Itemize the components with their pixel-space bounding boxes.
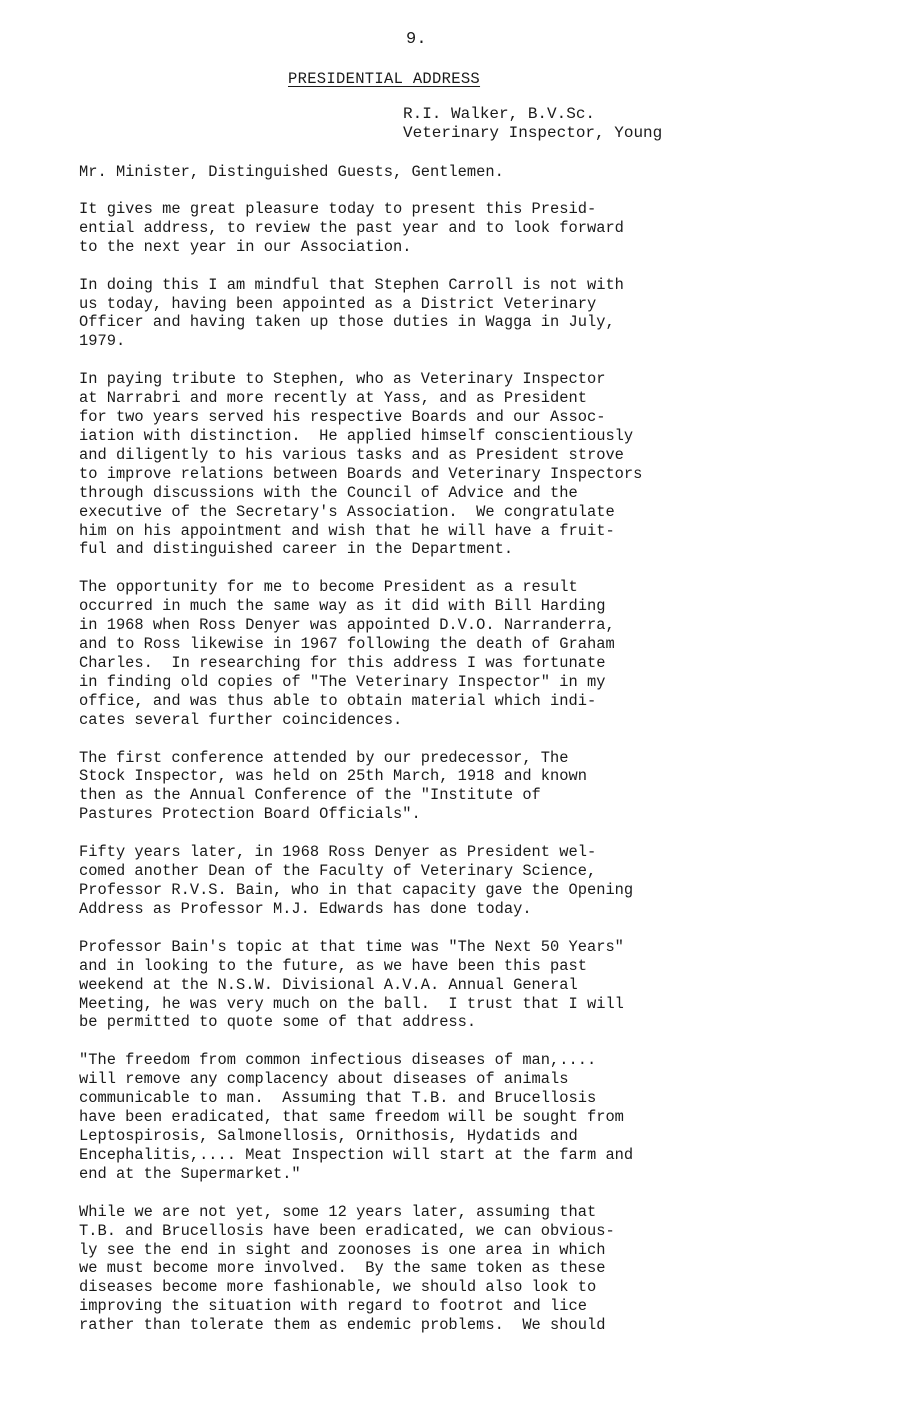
text-line: occurred in much the same way as it did … — [79, 597, 799, 616]
text-line: end at the Supermarket." — [79, 1165, 799, 1184]
text-line: at Narrabri and more recently at Yass, a… — [79, 389, 799, 408]
text-line: for two years served his respective Boar… — [79, 408, 799, 427]
paragraph: "The freedom from common infectious dise… — [79, 1051, 799, 1183]
text-line: Officer and having taken up those duties… — [79, 313, 799, 332]
text-line: weekend at the N.S.W. Divisional A.V.A. … — [79, 976, 799, 995]
text-line: to improve relations between Boards and … — [79, 465, 799, 484]
page-number: 9. — [406, 30, 427, 49]
text-line: to the next year in our Association. — [79, 238, 799, 257]
paragraph: In doing this I am mindful that Stephen … — [79, 276, 799, 352]
paragraph-list: It gives me great pleasure today to pres… — [79, 200, 799, 1335]
document-page: 9. PRESIDENTIAL ADDRESS R.I. Walker, B.V… — [0, 0, 900, 1414]
text-line: cates several further coincidences. — [79, 711, 799, 730]
paragraph: While we are not yet, some 12 years late… — [79, 1203, 799, 1335]
text-line: in finding old copies of "The Veterinary… — [79, 673, 799, 692]
text-line: 1979. — [79, 332, 799, 351]
text-line: Charles. In researching for this address… — [79, 654, 799, 673]
text-line: The opportunity for me to become Preside… — [79, 578, 799, 597]
text-line: It gives me great pleasure today to pres… — [79, 200, 799, 219]
text-line: While we are not yet, some 12 years late… — [79, 1203, 799, 1222]
text-line: "The freedom from common infectious dise… — [79, 1051, 799, 1070]
paragraph: It gives me great pleasure today to pres… — [79, 200, 799, 257]
text-line: Encephalitis,.... Meat Inspection will s… — [79, 1146, 799, 1165]
text-line: rather than tolerate them as endemic pro… — [79, 1316, 799, 1335]
text-line: we must become more involved. By the sam… — [79, 1259, 799, 1278]
text-line: ential address, to review the past year … — [79, 219, 799, 238]
text-line: us today, having been appointed as a Dis… — [79, 295, 799, 314]
text-line: improving the situation with regard to f… — [79, 1297, 799, 1316]
text-line: Meeting, he was very much on the ball. I… — [79, 995, 799, 1014]
text-line: T.B. and Brucellosis have been eradicate… — [79, 1222, 799, 1241]
text-line: and diligently to his various tasks and … — [79, 446, 799, 465]
text-line: ful and distinguished career in the Depa… — [79, 540, 799, 559]
text-line: The first conference attended by our pre… — [79, 749, 799, 768]
text-line: have been eradicated, that same freedom … — [79, 1108, 799, 1127]
text-line: comed another Dean of the Faculty of Vet… — [79, 862, 799, 881]
paragraph: Fifty years later, in 1968 Ross Denyer a… — [79, 843, 799, 919]
paragraph: In paying tribute to Stephen, who as Vet… — [79, 370, 799, 559]
text-line: ly see the end in sight and zoonoses is … — [79, 1241, 799, 1260]
text-line: Fifty years later, in 1968 Ross Denyer a… — [79, 843, 799, 862]
text-line: and to Ross likewise in 1967 following t… — [79, 635, 799, 654]
text-line: Leptospirosis, Salmonellosis, Ornithosis… — [79, 1127, 799, 1146]
text-line: him on his appointment and wish that he … — [79, 522, 799, 541]
text-line: office, and was thus able to obtain mate… — [79, 692, 799, 711]
text-line: through discussions with the Council of … — [79, 484, 799, 503]
text-line: Stock Inspector, was held on 25th March,… — [79, 767, 799, 786]
paragraph: Professor Bain's topic at that time was … — [79, 938, 799, 1033]
paragraph: The first conference attended by our pre… — [79, 749, 799, 825]
text-line: and in looking to the future, as we have… — [79, 957, 799, 976]
author-name: R.I. Walker, B.V.Sc. — [403, 105, 662, 124]
text-line: iation with distinction. He applied hims… — [79, 427, 799, 446]
text-line: Address as Professor M.J. Edwards has do… — [79, 900, 799, 919]
text-line: diseases become more fashionable, we sho… — [79, 1278, 799, 1297]
text-line: Pastures Protection Board Officials". — [79, 805, 799, 824]
author-block: R.I. Walker, B.V.Sc.Veterinary Inspector… — [403, 105, 662, 143]
text-line: then as the Annual Conference of the "In… — [79, 786, 799, 805]
text-line: will remove any complacency about diseas… — [79, 1070, 799, 1089]
paragraph: The opportunity for me to become Preside… — [79, 578, 799, 729]
text-line: communicable to man. Assuming that T.B. … — [79, 1089, 799, 1108]
text-line: In paying tribute to Stephen, who as Vet… — [79, 370, 799, 389]
text-line: be permitted to quote some of that addre… — [79, 1013, 799, 1032]
text-line: In doing this I am mindful that Stephen … — [79, 276, 799, 295]
document-body: Mr. Minister, Distinguished Guests, Gent… — [79, 163, 799, 1354]
salutation: Mr. Minister, Distinguished Guests, Gent… — [79, 163, 799, 182]
author-position: Veterinary Inspector, Young — [403, 124, 662, 143]
text-line: in 1968 when Ross Denyer was appointed D… — [79, 616, 799, 635]
text-line: Professor R.V.S. Bain, who in that capac… — [79, 881, 799, 900]
text-line: Professor Bain's topic at that time was … — [79, 938, 799, 957]
text-line: executive of the Secretary's Association… — [79, 503, 799, 522]
document-title: PRESIDENTIAL ADDRESS — [288, 70, 480, 88]
